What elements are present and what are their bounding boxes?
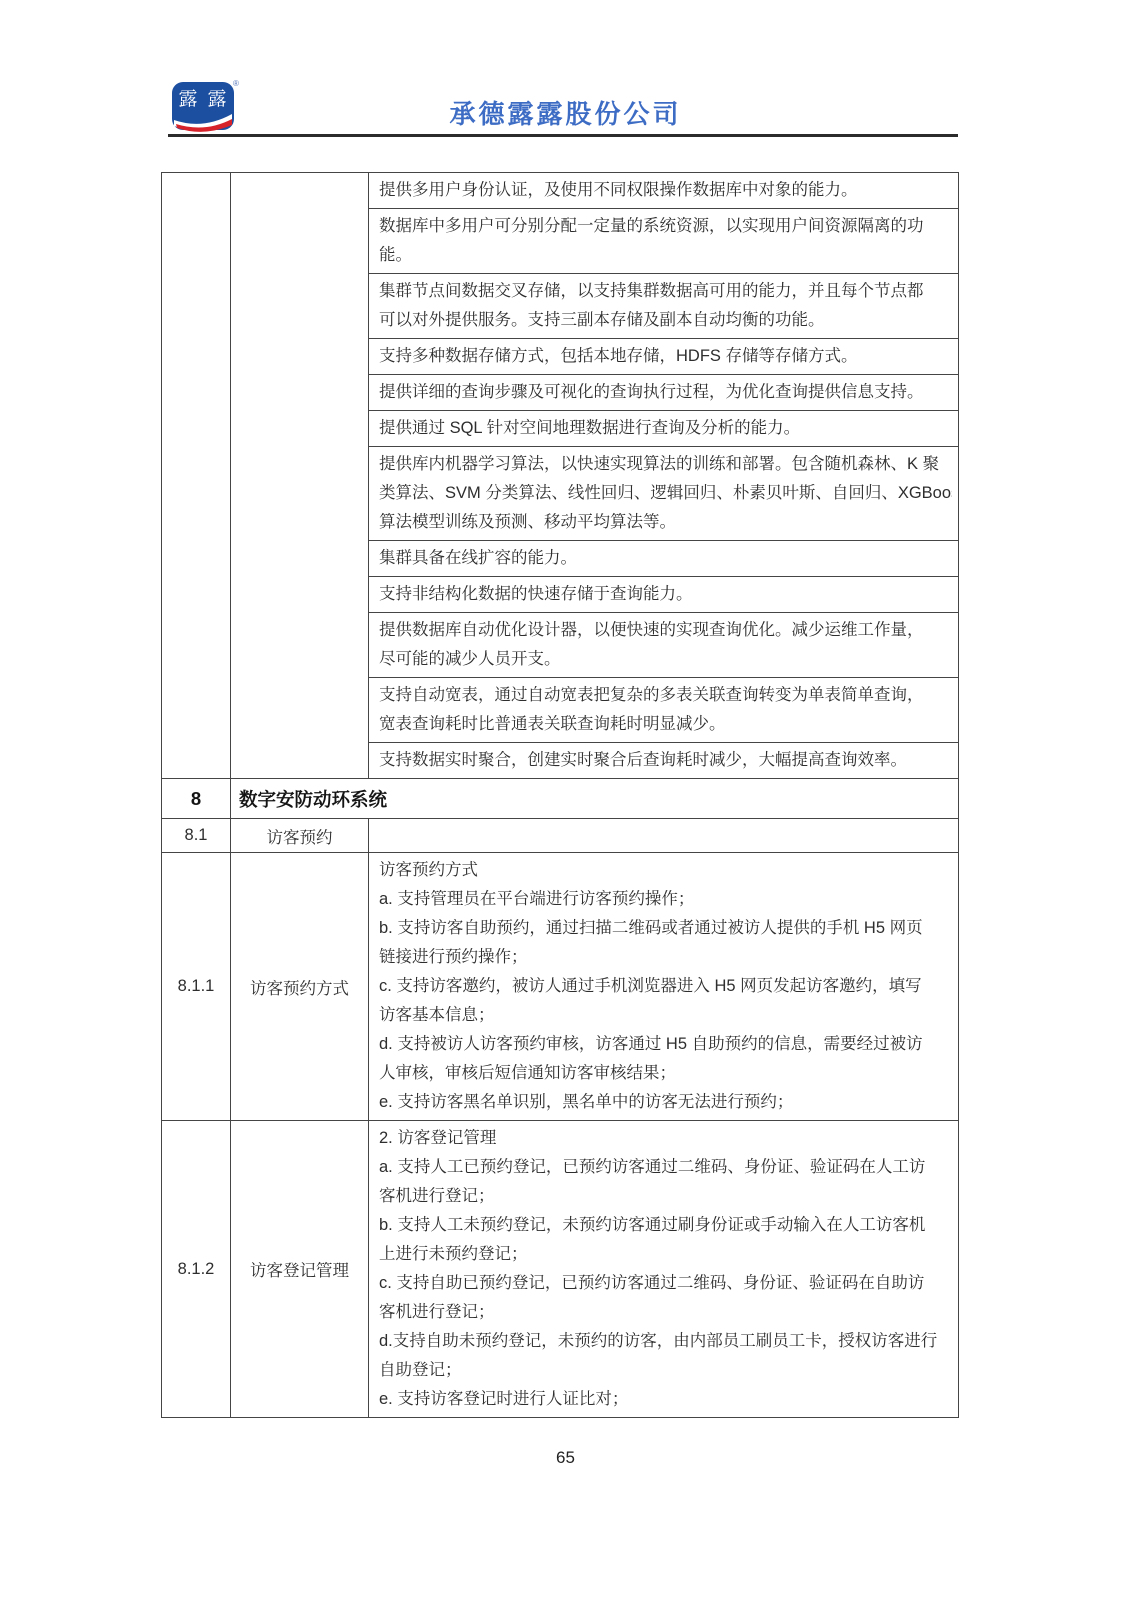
table-row: 数据库中多用户可分别分配一定量的系统资源，以实现用户间资源隔离的功能。 [369, 208, 958, 273]
requirement-line: 客机进行登记； [379, 1298, 952, 1327]
requirement-line: b. 支持人工未预约登记，未预约访客通过刷身份证或手动输入在人工访客机 [379, 1211, 952, 1240]
table-row: 8.1访客预约 [162, 818, 958, 852]
requirement-line: 上进行未预约登记； [379, 1240, 952, 1269]
requirement-line: d.支持自助未预约登记，未预约的访客，由内部员工刷员工卡，授权访客进行 [379, 1327, 952, 1356]
table-row: 提供数据库自动优化设计器，以便快速的实现查询优化。减少运维工作量，尽可能的减少人… [369, 612, 958, 677]
requirement-line: 2. 访客登记管理 [379, 1124, 952, 1153]
requirement-line: 客机进行登记； [379, 1182, 952, 1211]
section-title: 访客预约方式 [231, 853, 369, 1120]
requirement-line: e. 支持访客黑名单识别，黑名单中的访客无法进行预约； [379, 1088, 952, 1117]
section-content: 访客预约方式a. 支持管理员在平台端进行访客预约操作；b. 支持访客自助预约，通… [369, 853, 958, 1120]
table-row: 提供多用户身份认证，及使用不同权限操作数据库中对象的能力。 [369, 173, 958, 208]
empty-number-cell [162, 173, 231, 778]
requirement-line: 访客预约方式 [379, 856, 952, 885]
requirement-line: 访客基本信息； [379, 1001, 952, 1030]
requirement-line: 提供数据库自动优化设计器，以便快速的实现查询优化。减少运维工作量， [379, 616, 952, 645]
requirement-line: 集群具备在线扩容的能力。 [379, 544, 952, 573]
table-continuation-block: 提供多用户身份认证，及使用不同权限操作数据库中对象的能力。数据库中多用户可分别分… [162, 173, 958, 778]
requirement-line: b. 支持访客自助预约，通过扫描二维码或者通过被访人提供的手机 H5 网页 [379, 914, 952, 943]
table-row: 集群节点间数据交叉存储，以支持集群数据高可用的能力，并且每个节点都可以对外提供服… [369, 273, 958, 338]
requirement-line: c. 支持自助已预约登记，已预约访客通过二维码、身份证、验证码在自助访 [379, 1269, 952, 1298]
continuation-rows: 提供多用户身份认证，及使用不同权限操作数据库中对象的能力。数据库中多用户可分别分… [369, 173, 958, 778]
requirement-line: a. 支持人工已预约登记，已预约访客通过二维码、身份证、验证码在人工访 [379, 1153, 952, 1182]
section-number: 8.1 [162, 819, 231, 852]
requirement-line: 可以对外提供服务。支持三副本存储及副本自动均衡的功能。 [379, 306, 952, 335]
requirement-line: 集群节点间数据交叉存储，以支持集群数据高可用的能力，并且每个节点都 [379, 277, 952, 306]
page-number: 65 [0, 1448, 1131, 1468]
table-row: 8.1.1访客预约方式访客预约方式a. 支持管理员在平台端进行访客预约操作；b.… [162, 852, 958, 1120]
requirement-line: 宽表查询耗时比普通表关联查询耗时明显减少。 [379, 710, 952, 739]
requirement-line: 尽可能的减少人员开支。 [379, 645, 952, 674]
company-title: 承德露露股份公司 [0, 94, 1131, 131]
requirement-line: 提供详细的查询步骤及可视化的查询执行过程，为优化查询提供信息支持。 [379, 378, 952, 407]
requirement-line: 提供通过 SQL 针对空间地理数据进行查询及分析的能力。 [379, 414, 952, 443]
requirement-line: 链接进行预约操作； [379, 943, 952, 972]
table-row: 提供详细的查询步骤及可视化的查询执行过程，为优化查询提供信息支持。 [369, 374, 958, 410]
table-row: 提供通过 SQL 针对空间地理数据进行查询及分析的能力。 [369, 410, 958, 446]
registered-mark: ® [233, 79, 239, 88]
requirement-line: 算法模型训练及预测、移动平均算法等。 [379, 508, 952, 537]
table-row: 提供库内机器学习算法，以快速实现算法的训练和部署。包含随机森林、K 聚类算法、S… [369, 446, 958, 540]
table-row: 集群具备在线扩容的能力。 [369, 540, 958, 576]
spec-table: 提供多用户身份认证，及使用不同权限操作数据库中对象的能力。数据库中多用户可分别分… [161, 172, 959, 1418]
table-row: 8数字安防动环系统 [162, 778, 958, 818]
section-number: 8.1.2 [162, 1121, 231, 1417]
table-row: 支持非结构化数据的快速存储于查询能力。 [369, 576, 958, 612]
section-content: 2. 访客登记管理a. 支持人工已预约登记，已预约访客通过二维码、身份证、验证码… [369, 1121, 958, 1417]
table-row: 8.1.2访客登记管理2. 访客登记管理a. 支持人工已预约登记，已预约访客通过… [162, 1120, 958, 1417]
section-title: 访客登记管理 [231, 1121, 369, 1417]
empty-title-cell [231, 173, 369, 778]
requirement-line: 提供多用户身份认证，及使用不同权限操作数据库中对象的能力。 [379, 176, 952, 205]
requirement-line: e. 支持访客登记时进行人证比对； [379, 1385, 952, 1414]
requirement-line: 支持自动宽表，通过自动宽表把复杂的多表关联查询转变为单表简单查询， [379, 681, 952, 710]
requirement-line: 人审核，审核后短信通知访客审核结果； [379, 1059, 952, 1088]
table-row: 支持多种数据存储方式，包括本地存储，HDFS 存储等存储方式。 [369, 338, 958, 374]
requirement-line: c. 支持访客邀约，被访人通过手机浏览器进入 H5 网页发起访客邀约，填写 [379, 972, 952, 1001]
section-rows: 8数字安防动环系统8.1访客预约8.1.1访客预约方式访客预约方式a. 支持管理… [162, 778, 958, 1417]
section-title: 数字安防动环系统 [231, 779, 958, 818]
requirement-line: 支持非结构化数据的快速存储于查询能力。 [379, 580, 952, 609]
requirement-line: 类算法、SVM 分类算法、线性回归、逻辑回归、朴素贝叶斯、自回归、XGBoost [379, 479, 952, 508]
requirement-line: a. 支持管理员在平台端进行访客预约操作； [379, 885, 952, 914]
requirement-line: d. 支持被访人访客预约审核，访客通过 H5 自助预约的信息，需要经过被访 [379, 1030, 952, 1059]
section-title: 访客预约 [231, 819, 369, 852]
requirement-line: 能。 [379, 241, 952, 270]
section-number: 8 [162, 779, 231, 818]
requirement-line: 支持数据实时聚合，创建实时聚合后查询耗时减少，大幅提高查询效率。 [379, 746, 952, 775]
table-row: 支持数据实时聚合，创建实时聚合后查询耗时减少，大幅提高查询效率。 [369, 742, 958, 778]
requirement-line: 自助登记； [379, 1356, 952, 1385]
requirement-line: 提供库内机器学习算法，以快速实现算法的训练和部署。包含随机森林、K 聚 [379, 450, 952, 479]
section-content [369, 819, 958, 852]
requirement-line: 支持多种数据存储方式，包括本地存储，HDFS 存储等存储方式。 [379, 342, 952, 371]
table-row: 支持自动宽表，通过自动宽表把复杂的多表关联查询转变为单表简单查询，宽表查询耗时比… [369, 677, 958, 742]
section-number: 8.1.1 [162, 853, 231, 1120]
header-divider [168, 134, 958, 137]
document-page: 露 露 ® 承德露露股份公司 提供多用户身份认证，及使用不同权限操作数据库中对象… [0, 0, 1131, 1600]
requirement-line: 数据库中多用户可分别分配一定量的系统资源，以实现用户间资源隔离的功 [379, 212, 952, 241]
